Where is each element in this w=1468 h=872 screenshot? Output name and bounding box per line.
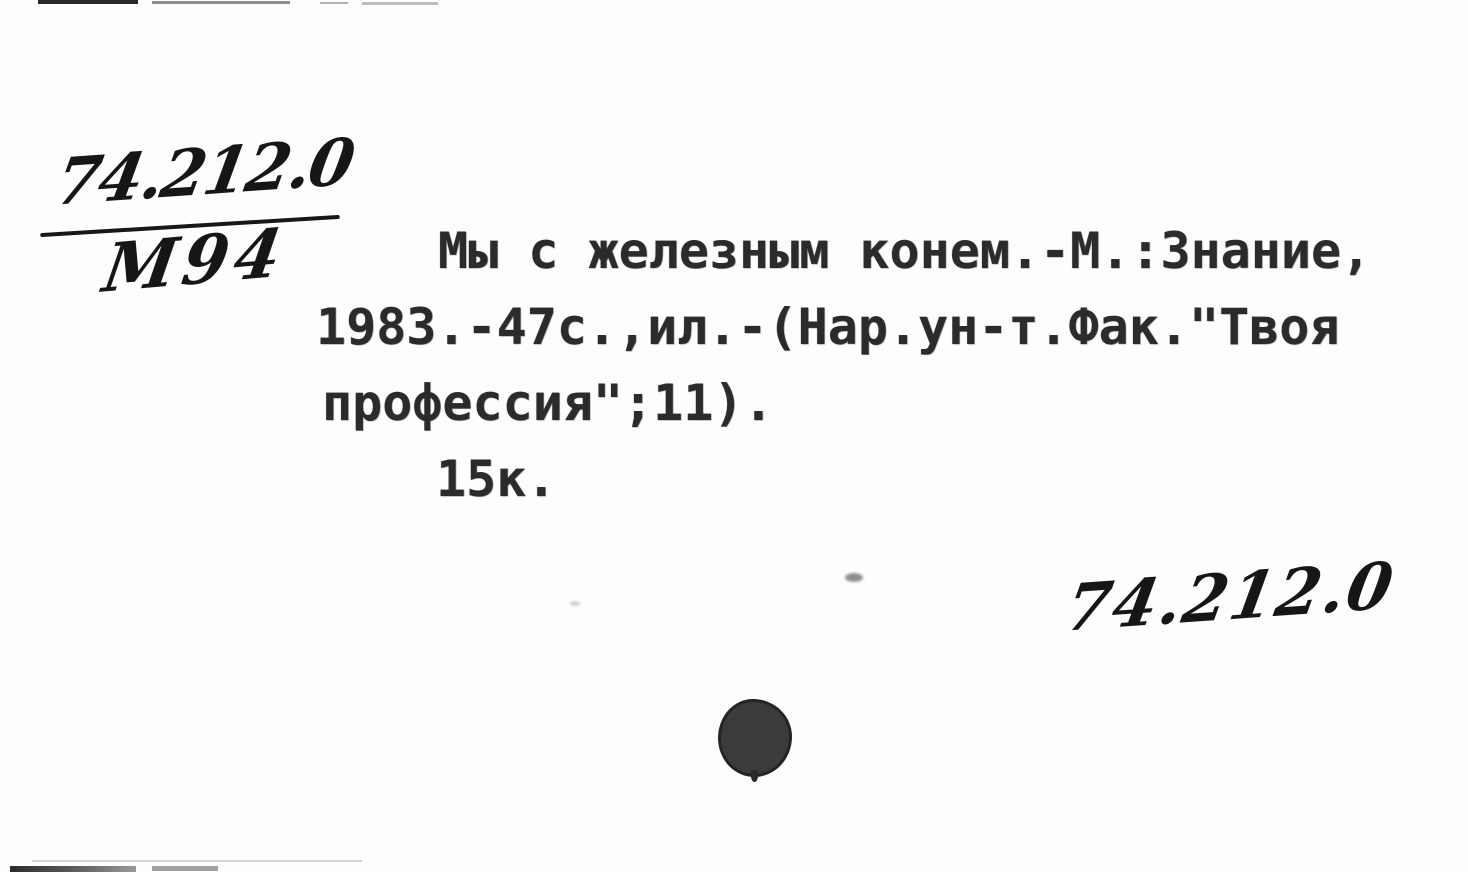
- entry-line-imprint: 1983.-47с.,ил.-(Нар.ун-т.Фак."Твоя: [316, 298, 1340, 356]
- catalog-card: 74.212.0 М94 Мы с железным конем.-М.:Зна…: [0, 0, 1468, 872]
- scan-artifact-top-4: [362, 2, 438, 5]
- scan-artifact-bottom-3: [152, 866, 218, 871]
- price: 15к.: [436, 450, 556, 508]
- call-number-author-mark: М94: [98, 213, 293, 308]
- scan-artifact-top-3: [320, 2, 348, 4]
- scan-artifact-top-1: [38, 0, 138, 4]
- speck-mark: [570, 601, 580, 606]
- scan-artifact-bottom-1: [32, 860, 362, 862]
- scan-artifact-bottom-2: [10, 866, 136, 872]
- smudge-mark: [845, 573, 863, 582]
- scan-artifact-top-2: [152, 1, 290, 4]
- bottom-call-number: 74.212.0: [1060, 548, 1400, 647]
- call-number-classification: 74.212.0: [50, 124, 358, 221]
- entry-line-title: Мы с железным конем.-М.:Знание,: [438, 222, 1371, 280]
- entry-line-series: профессия";11).: [322, 374, 774, 432]
- punch-hole-mark: [718, 699, 792, 777]
